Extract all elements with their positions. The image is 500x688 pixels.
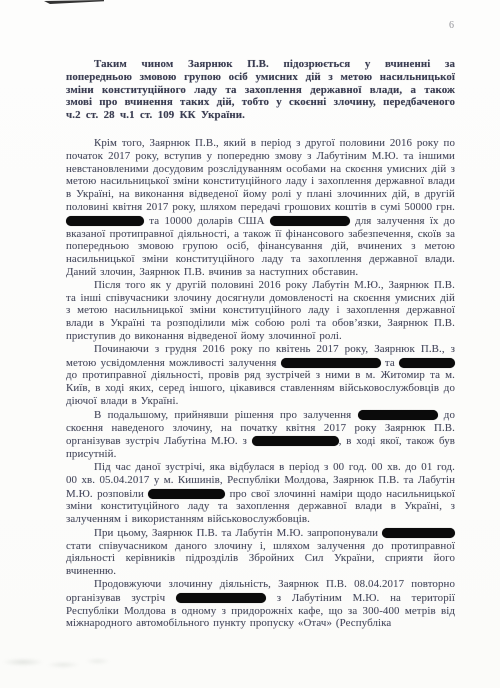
redaction-bar: [281, 358, 381, 368]
scanned-document-page: 6 Таким чином Заярнюк П.В. підозрюється …: [0, 0, 500, 688]
paragraph: Крім того, Заярнюк П.В., який в період з…: [66, 137, 455, 279]
redaction-bar: [252, 436, 339, 446]
page-number: 6: [449, 20, 454, 31]
paragraph: В подальшому, прийнявши рішення про залу…: [66, 408, 455, 461]
paragraph: Продовжуючи злочинну діяльність, Заярнюк…: [66, 578, 455, 630]
redaction-bar: [176, 593, 266, 603]
redaction-bar: [382, 528, 455, 538]
document-body: Таким чином Заярнюк П.В. підозрюється у …: [66, 58, 455, 630]
redaction-bar: [66, 216, 144, 226]
scan-artifact-line: [44, 0, 104, 4]
paragraph: Починаючи з грудня 2016 року по квітень …: [66, 343, 455, 408]
paragraph: Після того як у другій половині 2016 рок…: [66, 279, 455, 343]
redaction-bar: [358, 410, 438, 420]
redaction-bar: [399, 358, 455, 368]
paragraph: При цьому, Заярнюк П.В. та Лабутін М.Ю. …: [66, 526, 455, 578]
paragraph: Таким чином Заярнюк П.В. підозрюється у …: [66, 58, 455, 122]
paragraph: Під час даної зустрічі, яка відбулася в …: [66, 461, 455, 526]
scan-smudge: [0, 654, 115, 672]
redaction-bar: [148, 489, 225, 499]
redaction-bar: [270, 216, 350, 226]
